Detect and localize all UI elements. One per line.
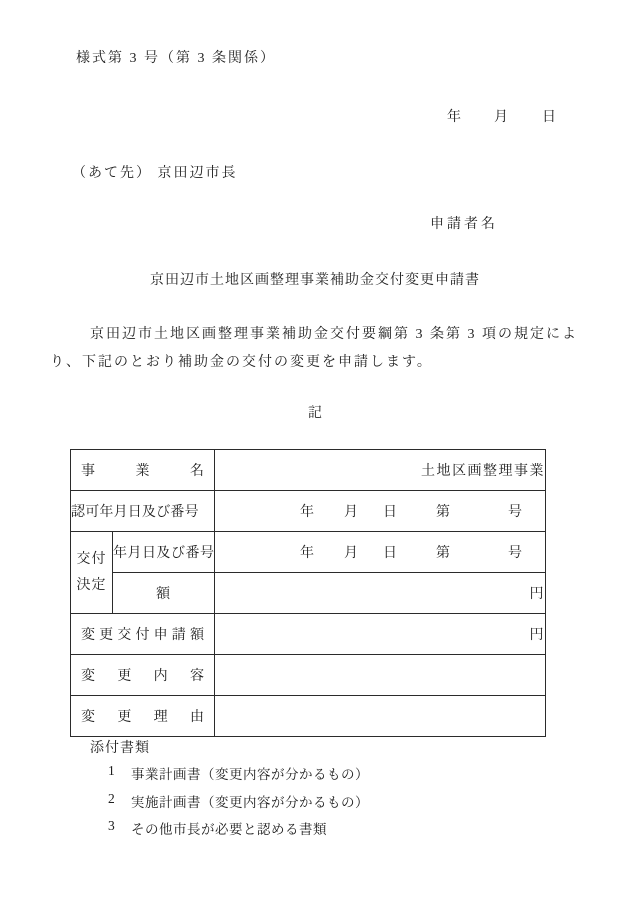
business-name-label: 事 (81, 460, 95, 480)
grant-decision-label-line1: 交付 (71, 547, 112, 573)
body-paragraph-line1: 京田辺市土地区画整理事業補助金交付要綱第 3 条第 3 項の規定によ (90, 323, 578, 343)
row-approval-date-number: 認可年月日及び番号 年 月 日 第 号 (71, 491, 546, 532)
application-table: 事 業 名 土地区画整理事業 認可年月日及び番号 年 月 日 第 号 (70, 449, 546, 737)
ki-marker: 記 (0, 402, 630, 422)
document-title: 京田辺市土地区画整理事業補助金交付変更申請書 (0, 269, 630, 289)
business-name-label-cell: 事 業 名 (71, 450, 215, 491)
grant-no-prefix: 第 (436, 542, 450, 562)
approval-day-placeholder: 日 (383, 501, 397, 521)
grant-decision-label-line2: 決定 (71, 573, 112, 599)
date-year-placeholder: 年 (447, 106, 461, 126)
attachment-item-number: 1 (108, 763, 131, 783)
approval-year-placeholder: 年 (300, 501, 314, 521)
row-change-content: 変 更 内 容 (71, 655, 546, 696)
change-request-value-cell: 円 (215, 614, 546, 655)
change-content-label-cell: 変 更 内 容 (71, 655, 215, 696)
change-content-value-cell (215, 655, 546, 696)
grant-year-placeholder: 年 (300, 542, 314, 562)
document-page: 様式第 3 号（第 3 条関係） 年 月 日 （あて先） 京田辺市長 申請者名 … (0, 0, 630, 903)
approval-label-cell: 認可年月日及び番号 (71, 491, 215, 532)
approval-month-placeholder: 月 (344, 501, 358, 521)
date-month-placeholder: 月 (494, 106, 508, 126)
grant-date-value-cell: 年 月 日 第 号 (215, 532, 546, 573)
row-change-request-amount: 変 更 交 付 申 請 額 円 (71, 614, 546, 655)
business-name-value-cell: 土地区画整理事業 (215, 450, 546, 491)
attachments-heading: 添付書類 (90, 737, 150, 757)
change-reason-value-cell (215, 696, 546, 737)
approval-no-prefix: 第 (436, 501, 450, 521)
applicant-name-label: 申請者名 (430, 213, 498, 233)
attachment-item-1: 1 事業計画書（変更内容が分かるもの） (108, 763, 369, 783)
row-change-reason: 変 更 理 由 (71, 696, 546, 737)
row-business-name: 事 業 名 土地区画整理事業 (71, 450, 546, 491)
approval-no-suffix: 号 (508, 501, 522, 521)
attachment-item-text: 実施計画書（変更内容が分かるもの） (131, 791, 369, 811)
grant-amount-value-cell: 円 (215, 573, 546, 614)
grant-decision-group-cell: 交付 決定 (71, 532, 113, 614)
grant-amount-label-cell: 額 (113, 573, 215, 614)
attachment-item-text: その他市長が必要と認める書類 (131, 818, 327, 838)
attachment-item-number: 2 (108, 791, 131, 811)
form-number: 様式第 3 号（第 3 条関係） (76, 47, 276, 67)
change-request-label-cell: 変 更 交 付 申 請 額 (71, 614, 215, 655)
attachment-item-3: 3 その他市長が必要と認める書類 (108, 818, 327, 838)
grant-month-placeholder: 月 (344, 542, 358, 562)
change-reason-label-cell: 変 更 理 由 (71, 696, 215, 737)
grant-date-label-cell: 年月日及び番号 (113, 532, 215, 573)
body-paragraph-line2: り、下記のとおり補助金の交付の変更を申請します。 (50, 351, 433, 371)
attachment-item-text: 事業計画書（変更内容が分かるもの） (131, 763, 369, 783)
date-day-placeholder: 日 (542, 106, 556, 126)
approval-value-cell: 年 月 日 第 号 (215, 491, 546, 532)
row-grant-decision-date: 交付 決定 年月日及び番号 年 月 日 第 号 (71, 532, 546, 573)
grant-day-placeholder: 日 (383, 542, 397, 562)
row-grant-amount: 額 円 (71, 573, 546, 614)
attachment-item-number: 3 (108, 818, 131, 838)
addressee-line: （あて先） 京田辺市長 (72, 162, 238, 182)
grant-no-suffix: 号 (508, 542, 522, 562)
attachment-item-2: 2 実施計画書（変更内容が分かるもの） (108, 791, 369, 811)
